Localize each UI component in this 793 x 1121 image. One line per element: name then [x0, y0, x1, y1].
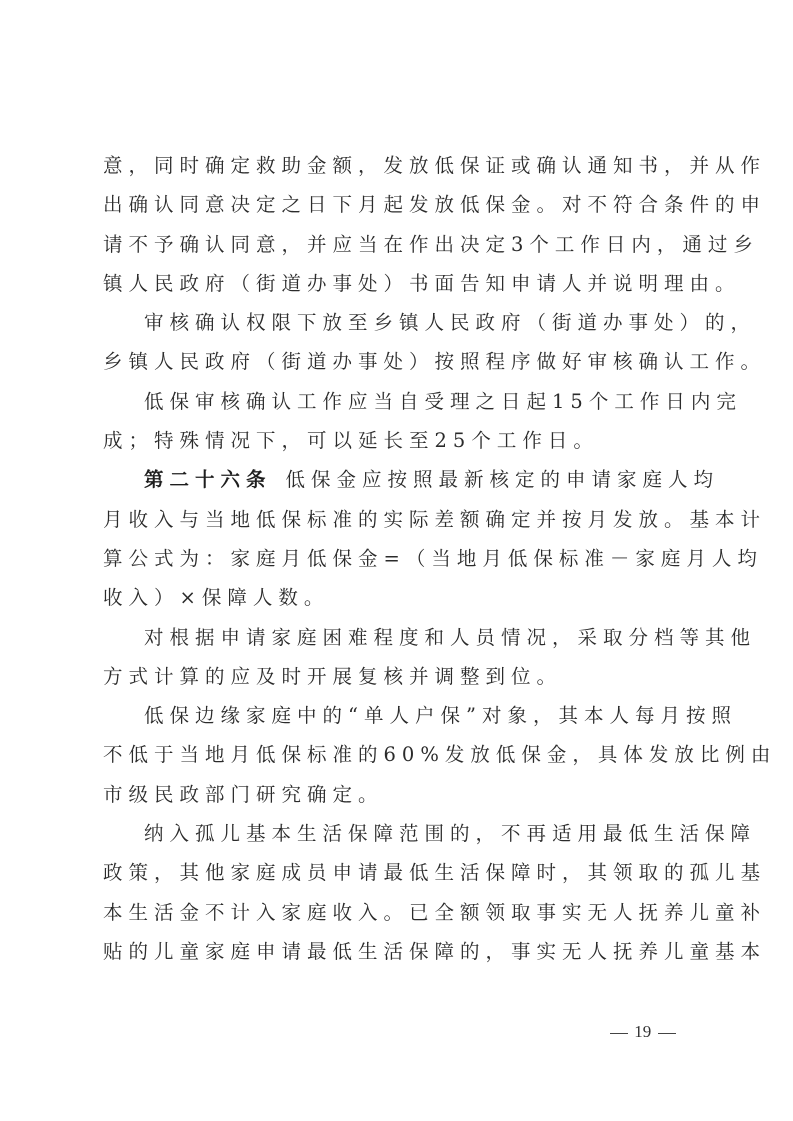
- text-line: 低保审核确认工作应当自受理之日起15个工作日内完: [103, 382, 683, 421]
- article-26: 第二十六条低保金应按照最新核定的申请家庭人均 月收入与当地低保标准的实际差额确定…: [103, 460, 683, 617]
- text-line: 成；特殊情况下，可以延长至25个工作日。: [103, 421, 683, 460]
- document-body: 意，同时确定救助金额，发放低保证或确认通知书，并从作 出确认同意决定之日下月起发…: [103, 146, 683, 971]
- dash-right: [658, 1033, 676, 1034]
- text-line: 不低于当地月低保标准的60%发放低保金，具体发放比例由: [103, 735, 683, 774]
- text-line: 乡镇人民政府（街道办事处）按照程序做好审核确认工作。: [103, 342, 683, 381]
- text-line: 算公式为：家庭月低保金=（当地月低保标准－家庭月人均: [103, 539, 683, 578]
- text-line: 市级民政部门研究确定。: [103, 775, 683, 814]
- text-line: 月收入与当地低保标准的实际差额确定并按月发放。基本计: [103, 500, 683, 539]
- text-line: 对根据申请家庭困难程度和人员情况，采取分档等其他: [103, 618, 683, 657]
- article-text: 低保金应按照最新核定的申请家庭人均: [286, 468, 720, 491]
- text-line: 贴的儿童家庭申请最低生活保障的，事实无人抚养儿童基本: [103, 932, 683, 971]
- paragraph-single-person-household: 低保边缘家庭中的“单人户保”对象，其本人每月按照 不低于当地月低保标准的60%发…: [103, 696, 683, 814]
- page-number: 19: [608, 1022, 678, 1042]
- paragraph-continued: 意，同时确定救助金额，发放低保证或确认通知书，并从作 出确认同意决定之日下月起发…: [103, 146, 683, 303]
- text-line: 政策，其他家庭成员申请最低生活保障时，其领取的孤儿基: [103, 853, 683, 892]
- paragraph-tiered-calculation: 对根据申请家庭困难程度和人员情况，采取分档等其他 方式计算的应及时开展复核并调整…: [103, 618, 683, 697]
- text-line: 审核确认权限下放至乡镇人民政府（街道办事处）的，: [103, 303, 683, 342]
- article-label: 第二十六条: [144, 468, 272, 491]
- text-line: 镇人民政府（街道办事处）书面告知申请人并说明理由。: [103, 264, 683, 303]
- text-line: 本生活金不计入家庭收入。已全额领取事实无人抚养儿童补: [103, 893, 683, 932]
- text-line: 出确认同意决定之日下月起发放低保金。对不符合条件的申: [103, 185, 683, 224]
- text-line: 收入）×保障人数。: [103, 578, 683, 617]
- text-line: 请不予确认同意，并应当在作出决定3个工作日内，通过乡: [103, 225, 683, 264]
- text-line: 方式计算的应及时开展复核并调整到位。: [103, 657, 683, 696]
- text-line: 低保边缘家庭中的“单人户保”对象，其本人每月按照: [103, 696, 683, 735]
- text-line: 纳入孤儿基本生活保障范围的，不再适用最低生活保障: [103, 814, 683, 853]
- paragraph-orphan-support: 纳入孤儿基本生活保障范围的，不再适用最低生活保障 政策，其他家庭成员申请最低生活…: [103, 814, 683, 971]
- page-number-value: 19: [634, 1022, 651, 1041]
- document-page: 意，同时确定救助金额，发放低保证或确认通知书，并从作 出确认同意决定之日下月起发…: [0, 0, 793, 1121]
- paragraph-review-authority: 审核确认权限下放至乡镇人民政府（街道办事处）的， 乡镇人民政府（街道办事处）按照…: [103, 303, 683, 382]
- paragraph-review-deadline: 低保审核确认工作应当自受理之日起15个工作日内完 成；特殊情况下，可以延长至25…: [103, 382, 683, 461]
- text-line: 意，同时确定救助金额，发放低保证或确认通知书，并从作: [103, 146, 683, 185]
- text-line: 第二十六条低保金应按照最新核定的申请家庭人均: [103, 460, 683, 499]
- dash-left: [610, 1033, 628, 1034]
